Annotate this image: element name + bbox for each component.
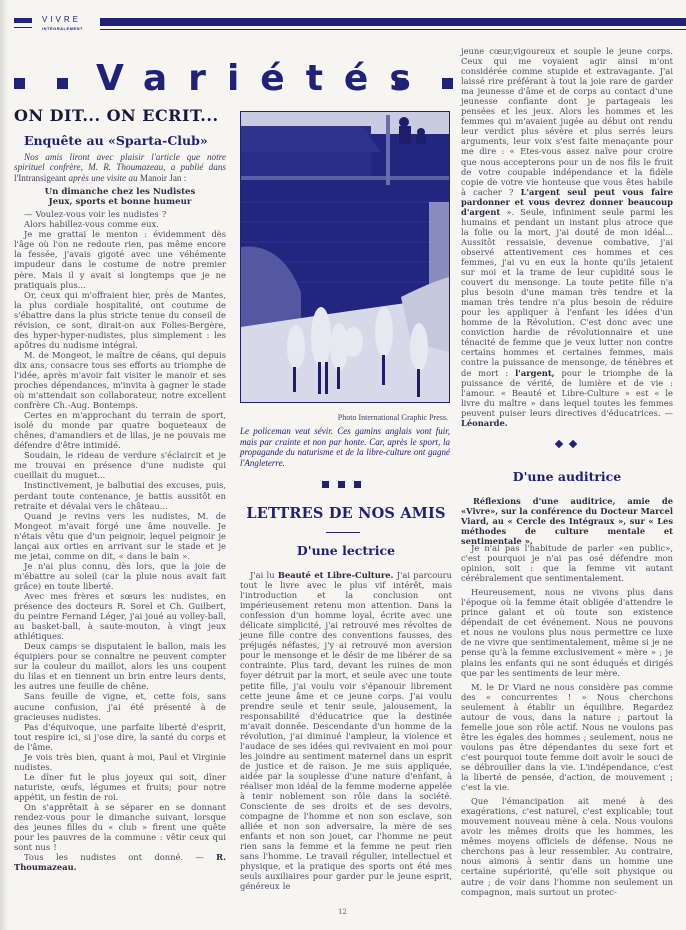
letter-text: jeune cœur,vigoureux et souple le jeune … (461, 46, 673, 197)
header-block-decoration (14, 18, 32, 23)
auditrice-intro: Réflexions d'une auditrice, amie de «Viv… (461, 496, 673, 546)
section-separator (322, 481, 382, 489)
header-rule-left (14, 27, 32, 28)
article-title: Un dimanche chez les Nudistes Jeux, spor… (14, 187, 226, 207)
lectrice-letter: J'ai lu Beauté et Libre-Culture. J'ai pa… (240, 570, 452, 892)
intro-italic-text: Nos amis liront avec plaisir l'article q… (14, 152, 226, 172)
paragraph: M. de Mongeot, le maître de céans, qui d… (14, 350, 226, 410)
magazine-header: VIVRE INTÉGRALEMENT (14, 12, 686, 34)
diamond-ornament-icon (555, 440, 563, 448)
diamond-separator (556, 441, 586, 449)
letter-text: J'ai parcouru tout le livre avec le plus… (240, 570, 452, 891)
book-title: Beauté et Libre-Culture. (278, 570, 394, 580)
paragraph: M. le Dr Viard ne nous considère pas com… (461, 682, 673, 793)
section-title-row: Variétés (10, 62, 458, 102)
heading-rule (326, 532, 360, 533)
square-ornament-icon (57, 78, 68, 89)
magazine-subtitle: INTÉGRALEMENT (42, 26, 83, 31)
paragraph: Je me grattai le menton : évidemment dès… (14, 229, 226, 289)
square-ornament-icon (395, 78, 406, 89)
lectrice-letter-continued: jeune cœur,vigoureux et souple le jeune … (461, 46, 673, 428)
paragraph: Soudain, le rideau de verdure s'éclairci… (14, 450, 226, 480)
article-title-line-2: Jeux, sports et bonne humeur (14, 197, 226, 207)
newspaper-name: l'Intransigeant (14, 173, 66, 183)
location-name: Manoir Jan : (140, 173, 186, 183)
lettres-heading: LETTRES DE NOS AMIS (240, 505, 452, 522)
photo-image (241, 112, 449, 402)
square-ornament-icon (354, 481, 361, 488)
letter-text: ». Seule, infiniment seule parmi les hum… (461, 207, 673, 378)
column-lectrice: J'ai lu Beauté et Libre-Culture. J'ai pa… (240, 570, 452, 892)
paragraph: Or, ceux qui m'offraient hier, près de M… (14, 290, 226, 350)
paragraph: Pas d'équivoque, une parfaite liberté d'… (14, 722, 226, 752)
column-auditrice: Je n'ai pas l'habitude de parler «en pub… (461, 543, 673, 901)
diamond-ornament-icon (569, 440, 577, 448)
paragraph: Je n'ai pas l'habitude de parler «en pub… (461, 543, 673, 583)
photo-credit: Photo International Graphic Press. (240, 413, 448, 422)
paragraph: Instinctivement, je balbutiai des excuse… (14, 480, 226, 510)
paragraph: Sans feuille de vigne, et, cette fois, s… (14, 691, 226, 721)
column-on-dit: ON DIT... ON ECRIT... Enquête au «Sparta… (14, 106, 226, 872)
auditrice-heading: D'une auditrice (461, 469, 673, 484)
photo-nudists-policeman (240, 111, 450, 403)
article-title-line-1: Un dimanche chez les Nudistes (14, 187, 226, 197)
paragraph: Le dîner fut le plus joyeux qui soit, dî… (14, 772, 226, 802)
page-number: 12 (338, 908, 347, 916)
paragraph: Heureusement, nous ne vivons plus dans l… (461, 587, 673, 677)
author-signature: Léonarde. (461, 418, 508, 428)
header-thick-bar (100, 18, 686, 26)
paragraph: Que l'émancipation ait mené à des exagér… (461, 796, 673, 896)
square-ornament-icon (322, 481, 329, 488)
magazine-title: VIVRE (42, 15, 81, 24)
closing-text: Tous les nudistes ont donné. — (24, 852, 216, 862)
enquete-subheading: Enquête au «Sparta-Club» (24, 133, 226, 148)
magazine-page: VIVRE INTÉGRALEMENT Variétés ON DIT... O… (0, 0, 686, 930)
paragraph: Alors habillez-vous comme eux. (14, 219, 226, 229)
intro-paragraph: Nos amis liront avec plaisir l'article q… (14, 152, 226, 183)
page-binding-shadow (0, 0, 8, 930)
on-dit-heading: ON DIT... ON ECRIT... (14, 106, 226, 125)
paragraph: Avec mes frères et sœurs les nudistes, e… (14, 591, 226, 641)
paragraph: Je n'ai plus connu, dès lors, que la joi… (14, 561, 226, 591)
intro-italic-text-2: après une visite au (66, 173, 140, 183)
paragraph: Je vois très bien, quant à moi, Paul et … (14, 752, 226, 772)
photo-caption: Le policeman veut sévir. Ces gamins angl… (240, 426, 450, 468)
paragraph: — Voulez-vous voir les nudistes ? (14, 209, 226, 219)
square-ornament-icon (14, 78, 25, 89)
paragraph: On s'apprêtait à se séparer en se donnan… (14, 802, 226, 852)
paragraph: Deux camps se disputaient le ballon, mai… (14, 641, 226, 691)
paragraph: Certes en m'approchant du terrain de spo… (14, 410, 226, 450)
letter-lead: J'ai lu (250, 570, 278, 580)
paragraph: Quand je revins vers les nudistes, M. de… (14, 511, 226, 561)
section-title: Variétés (96, 58, 432, 99)
square-ornament-icon (338, 481, 345, 488)
column-lectrice-continued: jeune cœur,vigoureux et souple le jeune … (461, 46, 673, 428)
closing-paragraph: Tous les nudistes ont donné. — R. Thouma… (14, 852, 226, 872)
header-thin-rule (100, 29, 686, 30)
bold-word: l'argent, (515, 368, 555, 378)
square-ornament-icon (442, 78, 453, 89)
lectrice-heading: D'une lectrice (240, 543, 452, 558)
